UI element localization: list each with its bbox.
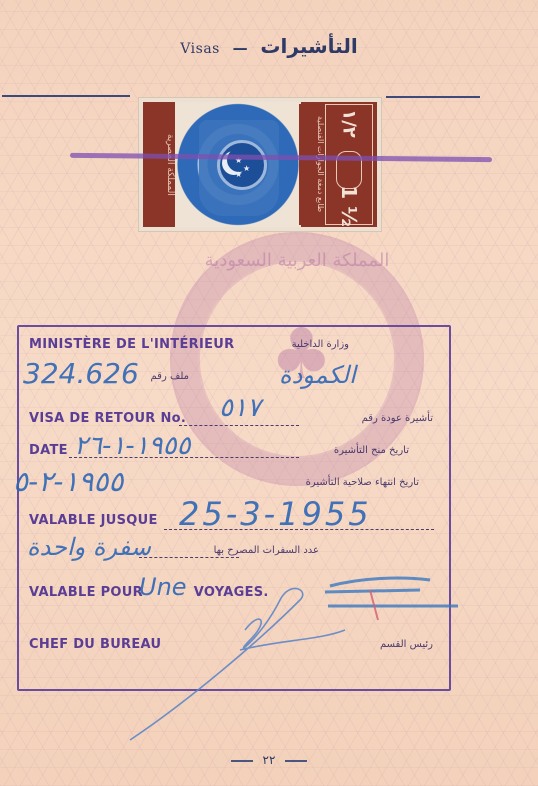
page-footer: ٢٢	[0, 753, 538, 767]
passport-visa-page: Visas — التأشيرات المملكة العربية السعود…	[0, 0, 538, 786]
handwritten-strokes	[0, 0, 538, 786]
page-number: ٢٢	[263, 753, 276, 767]
signature	[130, 588, 345, 740]
